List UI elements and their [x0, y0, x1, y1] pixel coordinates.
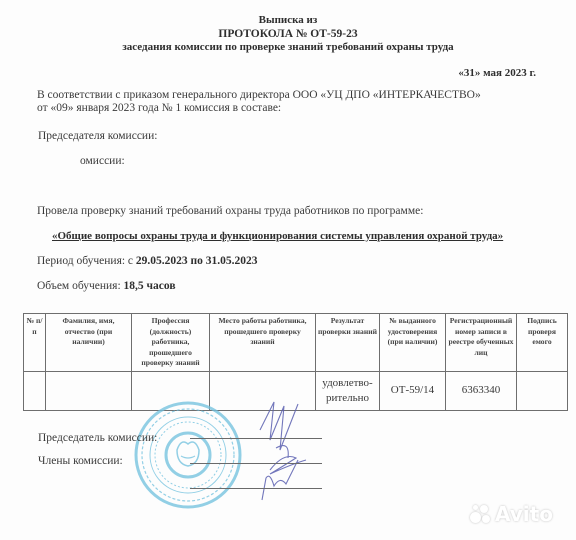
col-header-result: Результат проверки знаний: [316, 314, 380, 372]
training-period: Период обучения: с 29.05.2023 по 31.05.2…: [37, 255, 258, 267]
program-title: «Общие вопросы охраны труда и функционир…: [52, 230, 503, 242]
col-header-certificate: № выданного удостоверения (при наличии): [380, 314, 446, 372]
cell-number: [24, 371, 46, 410]
members-signature-label: Члены комиссии:: [38, 455, 123, 467]
training-volume-label: Объем обучения:: [37, 280, 124, 292]
col-header-profession: Профессия (должность) работника, прошедш…: [132, 314, 210, 372]
stamp-icon: [133, 400, 243, 510]
col-header-registry: Регистрационный номер записи в реестре о…: [446, 314, 517, 372]
cell-certificate: ОТ-59/14: [380, 371, 446, 410]
chairman-signature-label: Председатель комиссии:: [38, 432, 157, 444]
avito-watermark: Avito: [470, 502, 553, 526]
avito-logo-icon: [470, 504, 492, 524]
cell-signature: [517, 371, 568, 410]
cell-result: удовлетво-ритель­но: [316, 371, 380, 410]
doc-subtitle: заседания комиссии по проверке знаний тр…: [0, 41, 576, 53]
col-header-fullname: Фамилия, имя, отчество (при наличии): [46, 314, 132, 372]
col-header-workplace: Место работы работника, прошедшего прове…: [210, 314, 316, 372]
col-header-number: № п/п: [24, 314, 46, 372]
table-header-row: № п/п Фамилия, имя, отчество (при наличи…: [24, 314, 568, 372]
member1-signature-line: [190, 463, 322, 464]
training-period-label: Период обучения: с: [37, 255, 136, 267]
intro-line1: В соответствии с приказом генерального д…: [37, 89, 481, 101]
col-header-signature: Подпись проверя емого: [517, 314, 568, 372]
cell-registry: 6363340: [446, 371, 517, 410]
chairman-signature-line: [190, 438, 322, 439]
signature-scribble-icon: [240, 400, 320, 505]
results-table: № п/п Фамилия, имя, отчество (при наличи…: [23, 313, 568, 411]
member2-signature-line: [190, 488, 322, 489]
chairman-composition-label: Председателя комиссии:: [38, 130, 157, 142]
program-intro: Провела проверку знаний требований охран…: [37, 205, 423, 217]
avito-watermark-text: Avito: [495, 502, 553, 526]
training-period-value: 29.05.2023 по 31.05.2023: [136, 255, 258, 267]
members-composition-label: омиссии:: [80, 155, 125, 167]
cell-fullname: [46, 371, 132, 410]
doc-title-line1: Выписка из: [0, 14, 576, 26]
protocol-number: ПРОТОКОЛА № ОТ-59-23: [0, 28, 576, 40]
intro-line2: от «09» января 2023 года № 1 комиссия в …: [37, 102, 281, 114]
training-volume: Объем обучения: 18,5 часов: [37, 280, 176, 292]
doc-date: «31» мая 2023 г.: [458, 67, 536, 79]
training-volume-value: 18,5 часов: [124, 280, 176, 292]
